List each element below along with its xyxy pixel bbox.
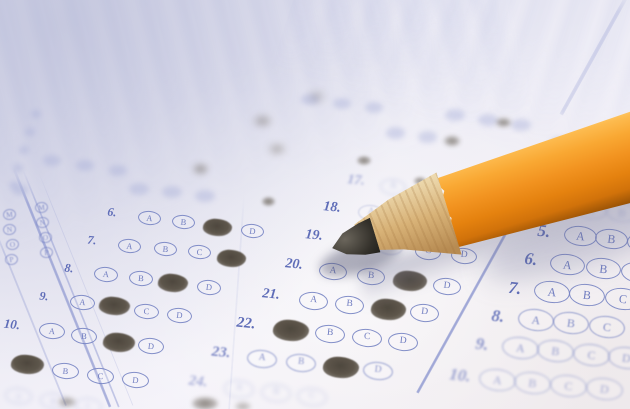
smudge-mark [193, 164, 208, 174]
smudge-mark [58, 397, 76, 407]
smudge-mark [269, 144, 285, 154]
smudge-mark [192, 397, 218, 409]
smudge-mark [310, 92, 324, 101]
smudge-mark [262, 197, 275, 206]
smudge-mark [444, 136, 460, 146]
answer-sheet-photo: MNOPMNOP 6.ABD7.ABC8.ABD9.ACD10.ABD11.BC… [0, 0, 630, 409]
smudge-mark [235, 402, 251, 409]
smudge-mark [496, 118, 511, 127]
smudge-mark [357, 156, 371, 165]
smudge-mark [254, 116, 271, 126]
